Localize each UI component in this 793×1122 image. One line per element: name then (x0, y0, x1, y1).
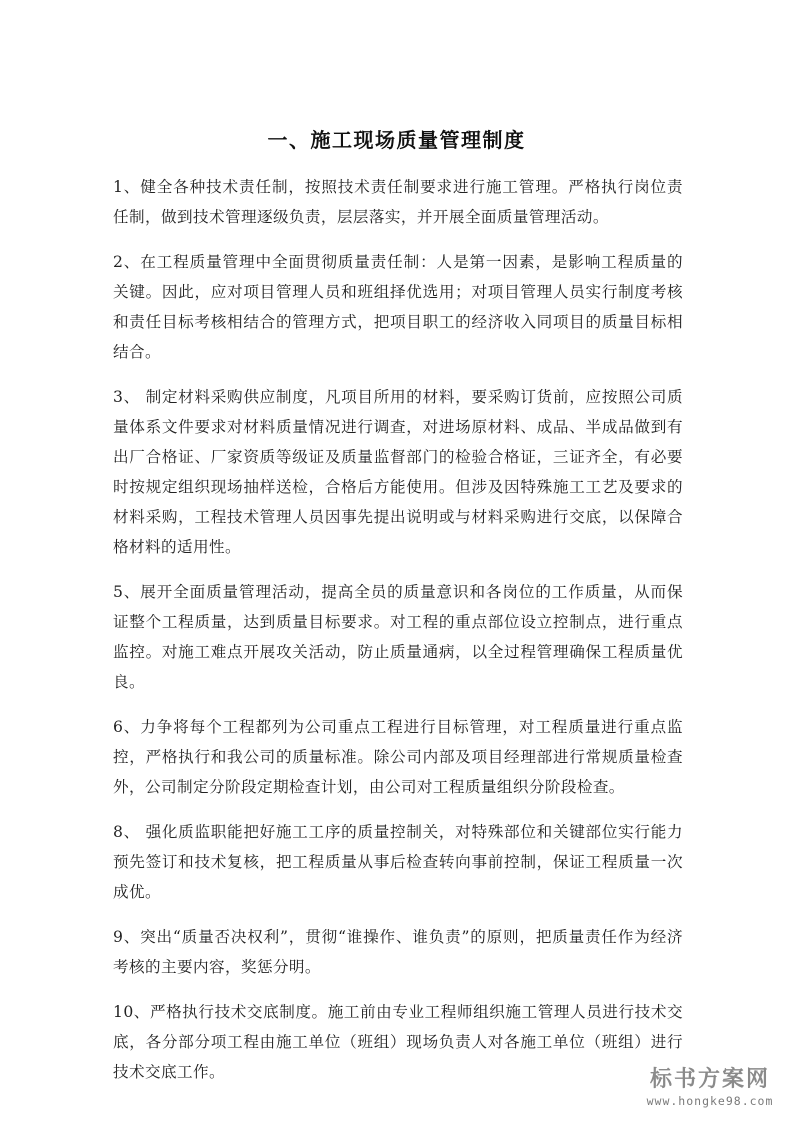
paragraph-1: 1、健全各种技术责任制，按照技术责任制要求进行施工管理。严格执行岗位责任制，做到… (113, 172, 683, 232)
paragraph-3: 3、 制定材料采购供应制度，凡项目所用的材料，要采购订货前，应按照公司质量体系文… (113, 382, 683, 562)
paragraph-2: 2、在工程质量管理中全面贯彻质量责任制：人是第一因素，是影响工程质量的关键。因此… (113, 247, 683, 367)
paragraph-9: 9、突出“质量否决权利”，贯彻“谁操作、谁负责”的原则，把质量责任作为经济考核的… (113, 922, 683, 982)
paragraph-6: 6、力争将每个工程都列为公司重点工程进行目标管理，对工程质量进行重点监控，严格执… (113, 712, 683, 802)
page-title: 一、施工现场质量管理制度 (0, 126, 793, 154)
watermark-logo: 标书方案网 www.hongke98.com (630, 1066, 790, 1108)
watermark-url: www.hongke98.com (630, 1094, 790, 1108)
watermark-name: 标书方案网 (630, 1066, 790, 1094)
paragraph-5: 5、展开全面质量管理活动，提高全员的质量意识和各岗位的工作质量，从而保证整个工程… (113, 577, 683, 697)
document-body: 1、健全各种技术责任制，按照技术责任制要求进行施工管理。严格执行岗位责任制，做到… (113, 172, 683, 1102)
paragraph-8: 8、 强化质监职能把好施工工序的质量控制关，对特殊部位和关键部位实行能力预先签订… (113, 817, 683, 907)
paragraph-10: 10、严格执行技术交底制度。施工前由专业工程师组织施工管理人员进行技术交底，各分… (113, 997, 683, 1087)
document-page: 一、施工现场质量管理制度 1、健全各种技术责任制，按照技术责任制要求进行施工管理… (0, 0, 793, 1122)
